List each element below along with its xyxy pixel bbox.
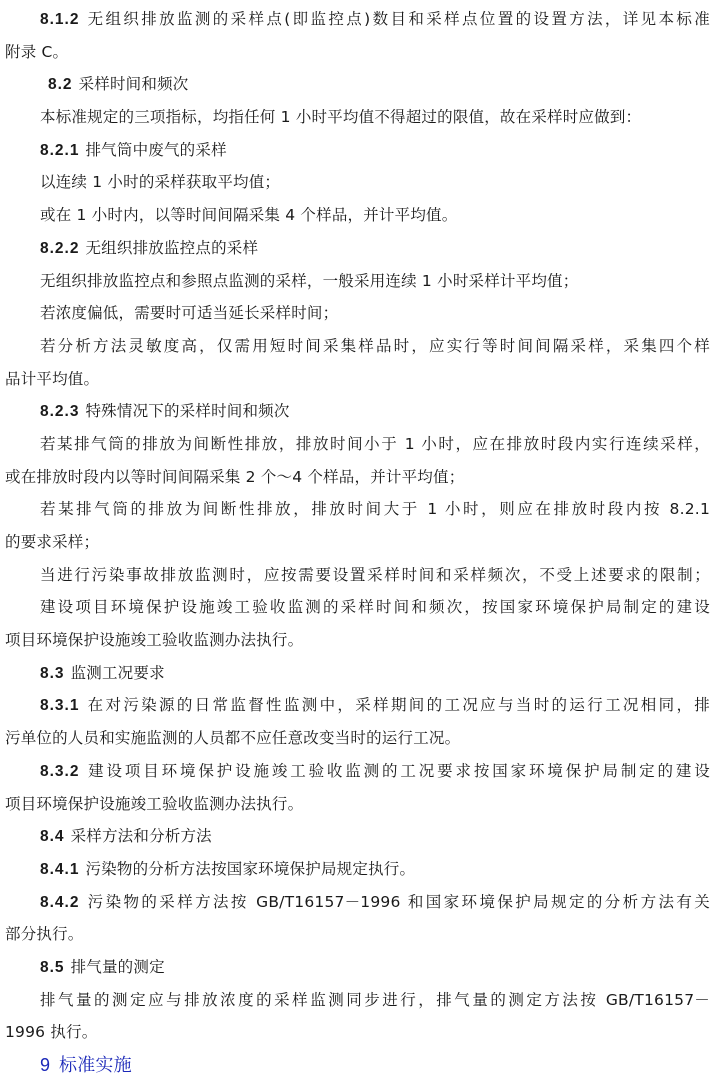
subheading-8-2-2: 8.2.2无组织排放监控点的采样 [0, 232, 720, 265]
heading-8-5: 8.5排气量的测定 [0, 951, 720, 984]
body-8-2-intro: 本标准规定的三项指标，均指任何 1 小时平均值不得超过的限值，故在采样时应做到： [0, 101, 720, 134]
subheading-number: 8.2.2 [40, 240, 79, 257]
clause-text: 污染物的采样方法按 GB/T16157－1996 和国家环境保护局规定的分析方法… [85, 893, 710, 911]
clause-8-1-2-line-1: 8.1.2无组织排放监测的采样点(即监控点)数目和采样点位置的设置方法，详见本标… [0, 3, 720, 36]
body-8-2-3-a-line-2: 或在排放时段内以等时间间隔采集 2 个～4 个样品，并计平均值； [0, 461, 720, 494]
clause-number: 8.3.2 [40, 763, 79, 780]
clause-8-4-1: 8.4.1污染物的分析方法按国家环境保护局规定执行。 [0, 853, 720, 886]
heading-text: 采样方法和分析方法 [71, 827, 212, 845]
body-8-2-3-c: 当进行污染事故排放监测时，应按需要设置采样时间和采样频次，不受上述要求的限制； [0, 559, 720, 592]
clause-8-3-1-line-2: 污单位的人员和实施监测的人员都不应任意改变当时的运行工况。 [0, 722, 720, 755]
body-8-2-3-b-line-1: 若某排气筒的排放为间断性排放，排放时间大于 1 小时，则应在排放时段内按 8.2… [0, 493, 720, 526]
body-8-5-line-1: 排气量的测定应与排放浓度的采样监测同步进行，排气量的测定方法按 GB/T1615… [0, 984, 720, 1017]
subheading-text: 特殊情况下的采样时间和频次 [85, 402, 289, 420]
heading-number: 8.2 [48, 76, 73, 93]
heading-number: 8.5 [40, 959, 65, 976]
clause-text: 建设项目环境保护设施竣工验收监测的工况要求按国家环境保护局制定的建设 [85, 762, 710, 780]
clause-8-4-2-line-1: 8.4.2污染物的采样方法按 GB/T16157－1996 和国家环境保护局规定… [0, 886, 720, 919]
body-8-2-3-d-line-1: 建设项目环境保护设施竣工验收监测的采样时间和频次，按国家环境保护局制定的建设 [0, 591, 720, 624]
body-8-2-3-b-line-2: 的要求采样； [0, 526, 720, 559]
heading-number: 8.3 [40, 665, 65, 682]
clause-8-4-2-line-2: 部分执行。 [0, 918, 720, 951]
chapter-heading-9: 9标准实施 [0, 1049, 720, 1078]
subheading-8-2-1: 8.2.1排气筒中废气的采样 [0, 134, 720, 167]
heading-text: 排气量的测定 [71, 958, 165, 976]
subheading-8-2-3: 8.2.3特殊情况下的采样时间和频次 [0, 395, 720, 428]
clause-8-3-2-line-1: 8.3.2建设项目环境保护设施竣工验收监测的工况要求按国家环境保护局制定的建设 [0, 755, 720, 788]
body-8-2-2-c-line-2: 品计平均值。 [0, 363, 720, 396]
body-8-2-2-c-line-1: 若分析方法灵敏度高，仅需用短时间采集样品时，应实行等时间间隔采样，采集四个样 [0, 330, 720, 363]
heading-text: 监测工况要求 [71, 664, 165, 682]
clause-text: 在对污染源的日常监督性监测中，采样期间的工况应与当时的运行工况相同，排 [85, 696, 710, 714]
document-page: 8.1.2无组织排放监测的采样点(即监控点)数目和采样点位置的设置方法，详见本标… [0, 3, 720, 1078]
heading-8-3: 8.3监测工况要求 [0, 657, 720, 690]
clause-text: 污染物的分析方法按国家环境保护局规定执行。 [85, 860, 415, 878]
clause-8-1-2-line-2: 附录 C。 [0, 36, 720, 69]
heading-text: 采样时间和频次 [79, 75, 189, 93]
body-8-2-1-b: 或在 1 小时内，以等时间间隔采集 4 个样品，并计平均值。 [0, 199, 720, 232]
body-8-2-3-a-line-1: 若某排气筒的排放为间断性排放，排放时间小于 1 小时，应在排放时段内实行连续采样… [0, 428, 720, 461]
heading-number: 8.4 [40, 828, 65, 845]
clause-number: 8.3.1 [40, 697, 79, 714]
subheading-text: 排气筒中废气的采样 [85, 141, 226, 159]
clause-number: 8.4.1 [40, 861, 79, 878]
body-8-2-1-a: 以连续 1 小时的采样获取平均值； [0, 166, 720, 199]
clause-number: 8.4.2 [40, 894, 79, 911]
clause-number: 8.1.2 [40, 11, 79, 28]
body-8-2-2-a: 无组织排放监控点和参照点监测的采样，一般采用连续 1 小时采样计平均值； [0, 265, 720, 298]
body-8-2-2-b: 若浓度偏低，需要时可适当延长采样时间； [0, 297, 720, 330]
subheading-number: 8.2.1 [40, 142, 79, 159]
heading-8-2: 8.2采样时间和频次 [0, 68, 720, 101]
body-8-5-line-2: 1996 执行。 [0, 1016, 720, 1049]
subheading-number: 8.2.3 [40, 403, 79, 420]
body-8-2-3-d-line-2: 项目环境保护设施竣工验收监测办法执行。 [0, 624, 720, 657]
clause-text: 无组织排放监测的采样点(即监控点)数目和采样点位置的设置方法，详见本标准 [85, 10, 710, 28]
clause-8-3-1-line-1: 8.3.1在对污染源的日常监督性监测中，采样期间的工况应与当时的运行工况相同，排 [0, 689, 720, 722]
subheading-text: 无组织排放监控点的采样 [85, 239, 258, 257]
clause-8-3-2-line-2: 项目环境保护设施竣工验收监测办法执行。 [0, 788, 720, 821]
chapter-title: 标准实施 [59, 1055, 132, 1076]
chapter-number: 9 [40, 1055, 51, 1075]
heading-8-4: 8.4采样方法和分析方法 [0, 820, 720, 853]
